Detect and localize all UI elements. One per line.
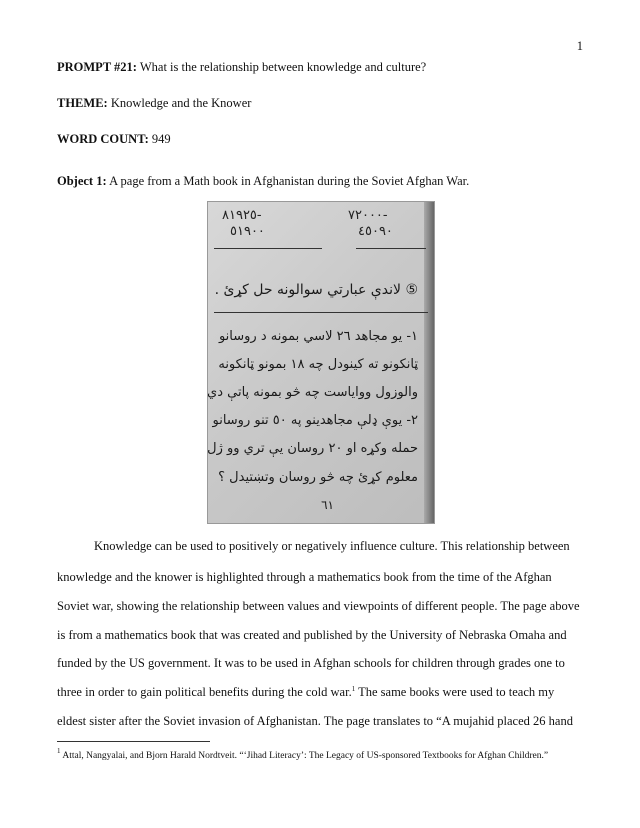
body-line: three in order to gain political benefit… — [57, 685, 585, 700]
body-line: is from a mathematics book that was crea… — [57, 628, 585, 643]
wordcount-label: WORD COUNT: — [57, 132, 149, 146]
divider — [214, 312, 428, 313]
figure-number: -٧٢٠٠٠ — [348, 208, 388, 223]
object-caption-text: A page from a Math book in Afghanistan d… — [107, 174, 470, 188]
theme-text: Knowledge and the Knower — [108, 96, 252, 110]
object-label: Object 1: — [57, 174, 107, 188]
theme-line: THEME: Knowledge and the Knower — [57, 96, 251, 111]
footnote-text: Attal, Nangyalai, and Bjorn Harald Nordt… — [61, 751, 549, 761]
divider — [214, 248, 322, 249]
figure-line: ټانکونو ته کينودل چه ١٨ بمونو ټانکونه — [218, 357, 418, 372]
theme-label: THEME: — [57, 96, 108, 110]
body-line: funded by the US government. It was to b… — [57, 656, 585, 671]
body-text: The same books were used to teach my — [355, 685, 554, 699]
figure-line: والوزول وواياست چه څو بمونه پاتې دي ؟ — [207, 385, 418, 400]
body-text: three in order to gain political benefit… — [57, 685, 352, 699]
body-line: eldest sister after the Soviet invasion … — [57, 714, 585, 729]
body-line: Soviet war, showing the relationship bet… — [57, 599, 585, 614]
figure-page-number: ٦١ — [321, 498, 334, 512]
prompt-text: What is the relationship between knowled… — [137, 60, 426, 74]
figure-heading: ⑤ لاندې عبارتي سوالونه حل کړئ . — [215, 282, 418, 298]
figure-line: حمله وکړه او ٢٠ روسان يې تري وو ژل — [207, 441, 418, 456]
figure-number: ٥١٩٠٠ — [230, 224, 265, 239]
wordcount-value: 949 — [149, 132, 171, 146]
footnote: 1 Attal, Nangyalai, and Bjorn Harald Nor… — [57, 750, 587, 762]
math-book-photo: -٨١٩٢٥ ٥١٩٠٠ -٧٢٠٠٠ ٤٥٠٩٠ ⑤ لاندې عبارتي… — [207, 201, 435, 524]
figure-number: -٨١٩٢٥ — [222, 208, 262, 223]
figure-line: معلوم کړئ چه څو روسان وتښتيدل ؟ — [218, 470, 418, 485]
wordcount-line: WORD COUNT: 949 — [57, 132, 171, 147]
body-line: Knowledge can be used to positively or n… — [57, 539, 622, 554]
book-binding-edge — [424, 202, 434, 523]
divider — [356, 248, 426, 249]
body-line: knowledge and the knower is highlighted … — [57, 570, 585, 585]
prompt-line: PROMPT #21: What is the relationship bet… — [57, 60, 426, 75]
figure-line: ٢- يوې ډلې مجاهدينو په ٥٠ تنو روسانو — [212, 413, 418, 428]
figure-number: ٤٥٠٩٠ — [358, 224, 393, 239]
figure-line: ١- يو مجاهد ٢٦ لاسي بمونه د روسانو — [219, 329, 418, 344]
prompt-label: PROMPT #21: — [57, 60, 137, 74]
page-number: 1 — [577, 39, 583, 54]
footnote-separator — [57, 741, 210, 742]
object-caption: Object 1: A page from a Math book in Afg… — [57, 174, 469, 189]
